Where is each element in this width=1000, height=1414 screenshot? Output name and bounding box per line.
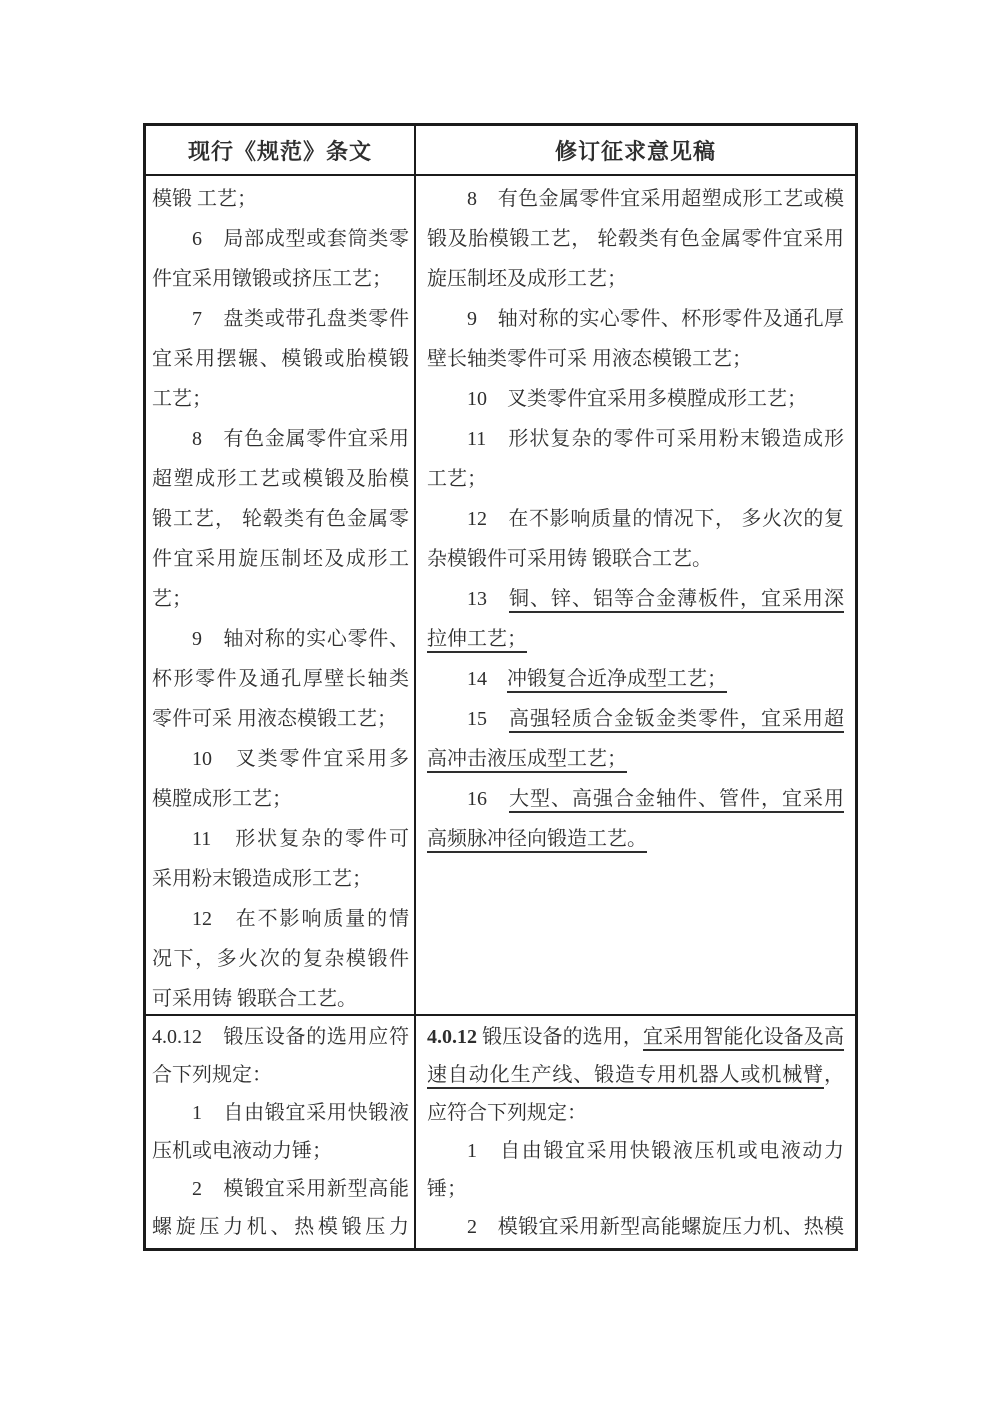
text-segment: 7 盘类或带孔盘类零件宜采用摆辗、模锻或胎模锻工艺； — [152, 308, 409, 410]
text-segment: 9 轴对称的实心零件、杯形零件及通孔厚壁长轴类零件可采 用液态模锻工艺； — [427, 308, 844, 370]
table-header-current: 现行《规范》条文 — [146, 126, 416, 176]
paragraph: 15 高强轻质合金钣金类零件，宜采用超高冲击液压成型工艺； — [427, 699, 844, 779]
paragraph: 8 有色金属零件宜采用超塑成形工艺或模锻及胎模锻工艺， 轮毂类有色金属零件宜采用… — [427, 179, 844, 299]
paragraph: 9 轴对称的实心零件、杯形零件及通孔厚壁长轴类零件可采 用液态模锻工艺； — [152, 619, 409, 739]
underlined-revision-text: 冲锻复合近净成型工艺； — [507, 668, 727, 690]
paragraph: 7 盘类或带孔盘类零件宜采用摆辗、模锻或胎模锻工艺； — [152, 299, 409, 419]
paragraph: 11 形状复杂的零件可采用粉末锻造成形工艺； — [152, 819, 409, 899]
paragraph: 4.0.12 锻压设备的选用应符合下列规定： — [152, 1018, 409, 1094]
paragraph: 12 在不影响质量的情况下， 多火次的复杂模锻件可采用铸 锻联合工艺。 — [427, 499, 844, 579]
cell-current-row1: 模锻 工艺；6 局部成型或套筒类零件宜采用镦锻或挤压工艺；7 盘类或带孔盘类零件… — [146, 176, 416, 1016]
table-header-revised-label: 修订征求意见稿 — [555, 135, 716, 166]
text-segment: 模锻 工艺； — [152, 188, 257, 210]
text-segment: 13 — [467, 588, 509, 610]
paragraph: 10 叉类零件宜采用多模膛成形工艺； — [427, 379, 844, 419]
paragraph: 14 冲锻复合近净成型工艺； — [427, 659, 844, 699]
text-segment: 9 轴对称的实心零件、杯形零件及通孔厚壁长轴类零件可采 用液态模锻工艺； — [152, 628, 409, 730]
paragraph: 10 叉类零件宜采用多模膛成形工艺； — [152, 739, 409, 819]
text-segment: 锻压设备的选用， — [482, 1026, 643, 1048]
text-segment: 4.0.12 — [427, 1026, 482, 1048]
text-segment: 12 在不影响质量的情况下，多火次的复杂模锻件可采用铸 锻联合工艺。 — [152, 908, 409, 1010]
document-page: 现行《规范》条文 修订征求意见稿 模锻 工艺；6 局部成型或套筒类零件宜采用镦锻… — [0, 0, 1000, 1414]
text-segment: 16 — [467, 788, 509, 810]
text-segment: 10 叉类零件宜采用多模膛成形工艺； — [467, 388, 807, 410]
paragraph: 2 模锻宜采用新型高能螺旋压力机、热模锻压力机、液压模 锻锤或程控全液压模锻锤； — [427, 1208, 844, 1248]
cell-current-row2: 4.0.12 锻压设备的选用应符合下列规定：1 自由锻宜采用快锻液压机或电液动力… — [146, 1016, 416, 1248]
text-segment: 1 自由锻宜采用快锻液压机或电液动力锤； — [427, 1140, 844, 1200]
paragraph: 6 局部成型或套筒类零件宜采用镦锻或挤压工艺； — [152, 219, 409, 299]
cell-revised-row2: 4.0.12 锻压设备的选用，宜采用智能化设备及高速自动化生产线、锻造专用机器人… — [416, 1016, 855, 1248]
text-segment: 6 局部成型或套筒类零件宜采用镦锻或挤压工艺； — [152, 228, 409, 290]
paragraph: 1 自由锻宜采用快锻液压机或电液动力锤； — [427, 1132, 844, 1208]
text-segment: 11 形状复杂的零件可采用粉末锻造成形工艺； — [152, 828, 409, 890]
text-segment: 11 形状复杂的零件可采用粉末锻造成形工艺； — [427, 428, 844, 490]
text-segment: 8 有色金属零件宜采用超塑成形工艺或模锻及胎模锻工艺， 轮毂类有色金属零件宜采用… — [427, 188, 844, 290]
paragraph: 4.0.12 锻压设备的选用，宜采用智能化设备及高速自动化生产线、锻造专用机器人… — [427, 1018, 844, 1132]
paragraph: 11 形状复杂的零件可采用粉末锻造成形工艺； — [427, 419, 844, 499]
text-segment: 10 叉类零件宜采用多模膛成形工艺； — [152, 748, 409, 810]
table-header-current-label: 现行《规范》条文 — [188, 135, 372, 166]
text-segment: 8 有色金属零件宜采用超塑成形工艺或模锻及胎模锻工艺， 轮毂类有色金属零件宜采用… — [152, 428, 409, 610]
text-segment: 14 — [467, 668, 507, 690]
paragraph: 9 轴对称的实心零件、杯形零件及通孔厚壁长轴类零件可采 用液态模锻工艺； — [427, 299, 844, 379]
paragraph: 12 在不影响质量的情况下，多火次的复杂模锻件可采用铸 锻联合工艺。 — [152, 899, 409, 1016]
text-segment: 4.0.12 锻压设备的选用应符合下列规定： — [152, 1026, 409, 1086]
paragraph: 1 自由锻宜采用快锻液压机或电液动力锤； — [152, 1094, 409, 1170]
paragraph: 2 模锻宜采用新型高能螺旋压力机、热模锻压力机、 — [152, 1170, 409, 1248]
cell-revised-row1: 8 有色金属零件宜采用超塑成形工艺或模锻及胎模锻工艺， 轮毂类有色金属零件宜采用… — [416, 176, 855, 1016]
text-segment: 2 模锻宜采用新型高能螺旋压力机、热模锻压力机、 — [152, 1178, 409, 1248]
paragraph: 8 有色金属零件宜采用超塑成形工艺或模锻及胎模锻工艺， 轮毂类有色金属零件宜采用… — [152, 419, 409, 619]
text-segment: 12 在不影响质量的情况下， 多火次的复杂模锻件可采用铸 锻联合工艺。 — [427, 508, 844, 570]
paragraph: 模锻 工艺； — [152, 179, 409, 219]
paragraph: 16 大型、高强合金轴件、管件，宜采用高频脉冲径向锻造工艺。 — [427, 779, 844, 859]
table-header-revised: 修订征求意见稿 — [416, 126, 855, 176]
text-segment: 2 模锻宜采用新型高能螺旋压力机、热模锻压力机、液压模 锻锤或程控全液压模锻锤； — [427, 1216, 844, 1248]
comparison-table: 现行《规范》条文 修订征求意见稿 模锻 工艺；6 局部成型或套筒类零件宜采用镦锻… — [143, 123, 858, 1251]
text-segment: 1 自由锻宜采用快锻液压机或电液动力锤； — [152, 1102, 409, 1162]
text-segment: 15 — [467, 708, 509, 730]
paragraph: 13 铜、锌、铝等合金薄板件，宜采用深拉伸工艺； — [427, 579, 844, 659]
